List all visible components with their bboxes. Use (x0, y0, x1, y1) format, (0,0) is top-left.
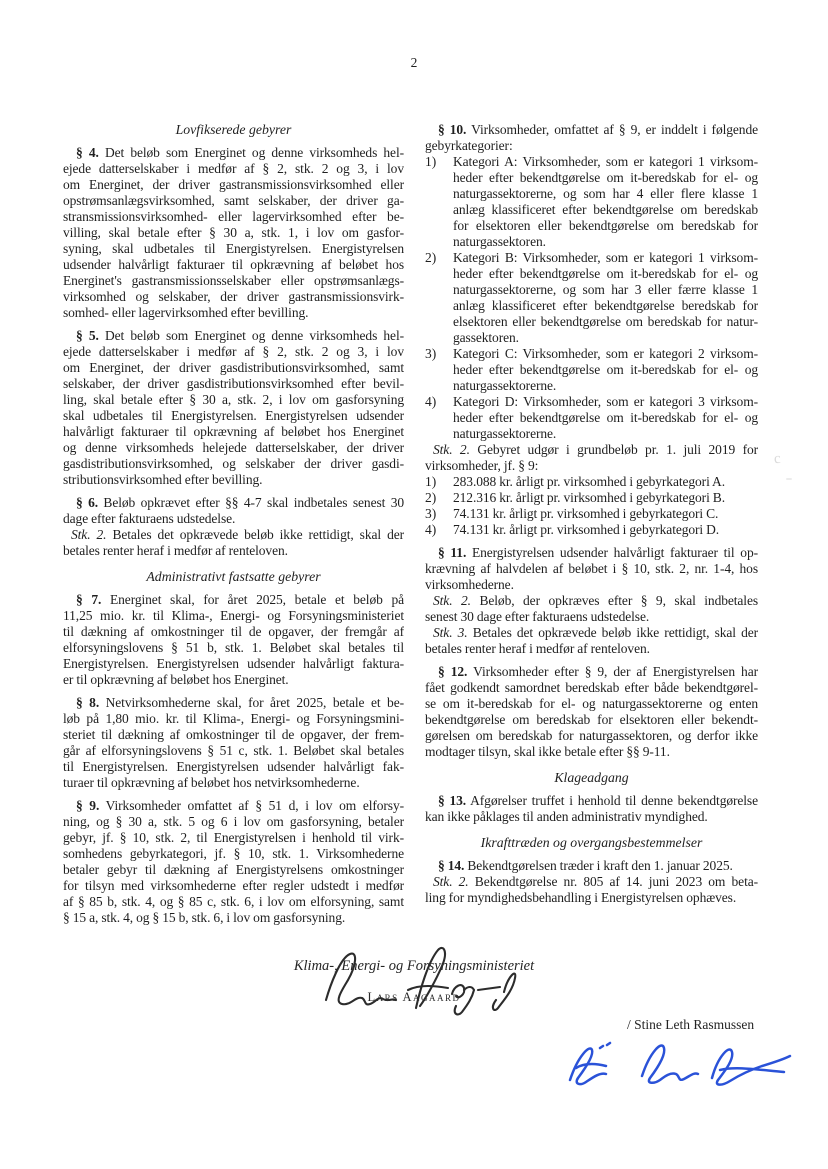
text-line: ejede datterselskaber i medfør af § 2, s… (63, 161, 404, 177)
text-line: heder efter bekendtgørelse om it-beredsk… (453, 410, 758, 426)
text-line: Stk. 2. Gebyret udgør i grundbeløb pr. 1… (425, 442, 758, 458)
item-gebyr-c: 3)74.131 kr. årligt pr. virksomhed i geb… (425, 506, 758, 522)
text-line: § 6. Beløb opkrævet efter §§ 4-7 skal in… (63, 495, 404, 511)
text-line: af § 85 b, stk. 4, og § 85 c, stk. 6, i … (63, 894, 404, 910)
para-6: § 6. Beløb opkrævet efter §§ 4-7 skal in… (63, 495, 404, 527)
text-line: Stk. 3. Betales det opkrævede beløb ikke… (425, 625, 758, 641)
text-line: selskaber, der driver gasdistributionsvi… (63, 376, 404, 392)
text-line: § 4. Det beløb som Energinet og denne vi… (63, 145, 404, 161)
text-line: naturgassektorerne. (453, 426, 758, 442)
left-column: Lovfikserede gebyrer§ 4. Det beløb som E… (63, 122, 404, 926)
text-line: 74.131 kr. årligt pr. virksomhed i gebyr… (453, 522, 758, 538)
text-line: stributionsvirksomhed efter bevilling. (63, 472, 404, 488)
list-item-body: Kategori C: Virksomheder, som er kategor… (453, 346, 758, 394)
text-line: somhed- eller lagervirksomhed efter bevi… (63, 305, 404, 321)
item-gebyr-a: 1)283.088 kr. årligt pr. virksomhed i ge… (425, 474, 758, 490)
paragraph-lead: Stk. 2. (433, 874, 469, 889)
paragraph-lead: § 7. (76, 592, 101, 607)
text-line: heder efter bekendtgørelse om it-beredsk… (453, 266, 758, 282)
text-line: er til opkrævning af beløbet hos Energin… (63, 672, 404, 688)
item-gebyr-d: 4)74.131 kr. årligt pr. virksomhed i geb… (425, 522, 758, 538)
text-line: ejede datterselskaber i medfør af § 2, s… (63, 344, 404, 360)
para-7: § 7. Energinet skal, for året 2025, beta… (63, 592, 404, 688)
text-line: senest 30 dage efter fakturaens udstedel… (425, 609, 758, 625)
para-11-stk-2: Stk. 2. Beløb, der opkræves efter § 9, s… (425, 593, 758, 625)
right-column: § 10. Virksomheder, omfattet af § 9, er … (425, 122, 758, 926)
para-9: § 9. Virksomheder omfattet af § 51 d, i … (63, 798, 404, 926)
para-8: § 8. Netvirksomhederne skal, for året 20… (63, 695, 404, 791)
text-line: Stk. 2. Bekendtgørelse nr. 805 af 14. ju… (425, 874, 758, 890)
para-11: § 11. Energistyrelsen udsender halvårlig… (425, 545, 758, 593)
text-line: betaler gebyr til dækning af Energistyre… (63, 862, 404, 878)
minister-printed-name: Lars Aagaard (0, 990, 828, 1005)
list-marker: 3) (425, 346, 453, 394)
text-line: gassektoren. (453, 330, 758, 346)
paragraph-lead: § 8. (76, 695, 99, 710)
scan-artifact-speck (786, 478, 792, 480)
text-line: ling, skal betale efter § 30 a, stk. 2, … (63, 392, 404, 408)
text-line: skal udbetales til Energistyrelsen. Ener… (63, 408, 404, 424)
text-line: Kategori B: Virksomheder, som er kategor… (453, 250, 758, 266)
text-line: gebyrkategorier: (425, 138, 758, 154)
text-line: 11,25 mio. kr. til Klima-, Energi- og Fo… (63, 608, 404, 624)
list-item-body: 74.131 kr. årligt pr. virksomhed i gebyr… (453, 522, 758, 538)
countersigner-handwritten-signature (560, 1036, 795, 1098)
text-line: naturgassektorerne. (453, 378, 758, 394)
countersigner-name: / Stine Leth Rasmussen (627, 1017, 754, 1033)
text-line: opstrømsanlægsvirksomhed, samt selskaber… (63, 193, 404, 209)
item-gebyr-b: 2)212.316 kr. årligt pr. virksomhed i ge… (425, 490, 758, 506)
text-line: om Energinet, der driver gastransmission… (63, 177, 404, 193)
text-line: § 10. Virksomheder, omfattet af § 9, er … (425, 122, 758, 138)
text-line: § 9. Virksomheder omfattet af § 51 d, i … (63, 798, 404, 814)
scanned-document-page: { "page": { "number": "2" }, "colors": {… (0, 0, 828, 1169)
paragraph-lead: § 14. (438, 858, 464, 873)
heading-ikrafttraeden: Ikrafttræden og overgangsbestemmelser (425, 835, 758, 851)
text-line: naturgassektoren. (453, 234, 758, 250)
text-line: til Energistyrelsen. Energistyrelsen uds… (63, 759, 404, 775)
para-14: § 14. Bekendtgørelsen træder i kraft den… (425, 858, 758, 874)
heading-lovfikserede-gebyrer: Lovfikserede gebyrer (63, 122, 404, 138)
text-line: kan ikke påklages til anden administrati… (425, 809, 758, 825)
list-item-body: Kategori A: Virksomheder, som er kategor… (453, 154, 758, 250)
paragraph-lead: Stk. 3. (433, 625, 468, 640)
text-line: 74.131 kr. årligt pr. virksomhed i gebyr… (453, 506, 758, 522)
text-line: villing, skal betale efter § 30 a, stk. … (63, 225, 404, 241)
text-line: om Energinet, der driver gasdistribution… (63, 360, 404, 376)
text-line: virksomheder, jf. § 9: (425, 458, 758, 474)
text-line: betales renter heraf i medfør af rentelo… (425, 641, 758, 657)
text-line: turaer til opkrævning af beløbet hos net… (63, 775, 404, 791)
text-line: elforsyningslovens § 51 b, stk. 1. Beløb… (63, 640, 404, 656)
text-line: virksomhed og selskaber, der driver gast… (63, 289, 404, 305)
heading-administrativt-fastsatte-gebyrer: Administrativt fastsatte gebyrer (63, 569, 404, 585)
text-line: ling for myndighedsbehandling i Energist… (425, 890, 758, 906)
text-line: 212.316 kr. årligt pr. virksomhed i geby… (453, 490, 758, 506)
text-line: § 5. Det beløb som Energinet og denne vi… (63, 328, 404, 344)
text-line: naturgassektorerne, og som har 4 eller f… (453, 186, 758, 202)
minister-handwritten-signature (320, 946, 520, 1018)
text-line: anlæg klassificeret efter bekendtgørelse… (453, 202, 758, 218)
text-line: § 13. Afgørelser truffet i henhold til d… (425, 793, 758, 809)
paragraph-lead: § 5. (76, 328, 99, 343)
list-item-body: 212.316 kr. årligt pr. virksomhed i geby… (453, 490, 758, 506)
list-marker: 2) (425, 250, 453, 346)
text-line: Kategori C: Virksomheder, som er kategor… (453, 346, 758, 362)
text-line: for tilsyn med virksomhederne efter regl… (63, 878, 404, 894)
text-line: Stk. 2. Betales det opkrævede beløb ikke… (63, 527, 404, 543)
text-line: virksomhederne. (425, 577, 758, 593)
text-line: modtager tilsyn, skal ikke betale efter … (425, 744, 758, 760)
paragraph-lead: § 12. (438, 664, 467, 679)
text-line: udsender halvårligt fakturaer til opkræv… (63, 257, 404, 273)
paragraph-lead: Stk. 2. (433, 593, 471, 608)
para-10-stk-2: Stk. 2. Gebyret udgør i grundbeløb pr. 1… (425, 442, 758, 474)
text-line: 283.088 kr. årligt pr. virksomhed i geby… (453, 474, 758, 490)
text-line: krævning af halvdelen af beløbet i § 10,… (425, 561, 758, 577)
text-line: Kategori D: Virksomheder, som er kategor… (453, 394, 758, 410)
para-5: § 5. Det beløb som Energinet og denne vi… (63, 328, 404, 488)
text-line: § 7. Energinet skal, for året 2025, beta… (63, 592, 404, 608)
text-line: elsektoren eller bekendtgørelse om bered… (453, 314, 758, 330)
para-10: § 10. Virksomheder, omfattet af § 9, er … (425, 122, 758, 154)
text-line: fået godkendt samordnet beredskab efter … (425, 680, 758, 696)
item-kategori-b: 2)Kategori B: Virksomheder, som er kateg… (425, 250, 758, 346)
text-line: Kategori A: Virksomheder, som er kategor… (453, 154, 758, 170)
list-marker: 4) (425, 522, 453, 538)
paragraph-lead: § 11. (438, 545, 466, 560)
text-line: til dækning af omkostninger til de opgav… (63, 624, 404, 640)
item-kategori-d: 4)Kategori D: Virksomheder, som er kateg… (425, 394, 758, 442)
text-line: naturgassektorerne, og som har 3 eller f… (453, 282, 758, 298)
text-line: anlæg klassificeret efter bekendtgørelse… (453, 298, 758, 314)
text-line: § 14. Bekendtgørelsen træder i kraft den… (425, 858, 758, 874)
text-line: gasdistributionsvirksomhed, og selskaber… (63, 456, 404, 472)
text-line: går af elforsyningslovens § 51 c, stk. 1… (63, 743, 404, 759)
paragraph-lead: § 6. (76, 495, 98, 510)
para-11-stk-3: Stk. 3. Betales det opkrævede beløb ikke… (425, 625, 758, 657)
item-kategori-c: 3)Kategori C: Virksomheder, som er kateg… (425, 346, 758, 394)
list-marker: 2) (425, 490, 453, 506)
list-item-body: 283.088 kr. årligt pr. virksomhed i geby… (453, 474, 758, 490)
text-line: for elsektoren eller bekendtgørelse om b… (453, 218, 758, 234)
text-line: gørelsen om beredskab for naturgassektor… (425, 728, 758, 744)
text-line: syning, skal udbetales til Energistyrels… (63, 241, 404, 257)
text-line: § 8. Netvirksomhederne skal, for året 20… (63, 695, 404, 711)
text-line: § 15 a, stk. 4, og § 15 b, stk. 6, i lov… (63, 910, 404, 926)
paragraph-lead: Stk. 2. (433, 442, 470, 457)
paragraph-lead: § 13. (438, 793, 466, 808)
para-6-stk-2: Stk. 2. Betales det opkrævede beløb ikke… (63, 527, 404, 559)
text-line: gebyr, jf. § 10, stk. 2, til Energistyre… (63, 830, 404, 846)
list-item-body: Kategori B: Virksomheder, som er kategor… (453, 250, 758, 346)
heading-klageadgang: Klageadgang (425, 770, 758, 786)
paragraph-lead: § 10. (438, 122, 466, 137)
list-marker: 1) (425, 474, 453, 490)
list-marker: 4) (425, 394, 453, 442)
text-line: heder efter bekendtgørelse om it-beredsk… (453, 362, 758, 378)
text-line: Energistyrelsen. Energistyrelsen udsende… (63, 656, 404, 672)
text-line: § 12. Virksomheder efter § 9, der af Ene… (425, 664, 758, 680)
text-line: heder efter bekendtgørelse om it-beredsk… (453, 170, 758, 186)
para-12: § 12. Virksomheder efter § 9, der af Ene… (425, 664, 758, 760)
text-line: somhedens gebyrkategori, jf. § 10, stk. … (63, 846, 404, 862)
para-4: § 4. Det beløb som Energinet og denne vi… (63, 145, 404, 321)
paragraph-lead: § 4. (76, 145, 99, 160)
text-line: steriet til dækning af omkostninger til … (63, 727, 404, 743)
text-line: se om it-beredskab for el- og naturgasse… (425, 696, 758, 712)
text-line: Stk. 2. Beløb, der opkræves efter § 9, s… (425, 593, 758, 609)
list-item-body: Kategori D: Virksomheder, som er kategor… (453, 394, 758, 442)
text-line: dage efter fakturaens udstedelse. (63, 511, 404, 527)
text-line: ning, og § 30 a, stk. 5 og 6 i lov om ga… (63, 814, 404, 830)
paragraph-lead: Stk. 2. (71, 527, 106, 542)
text-line: bekendtgørelse om beredskab for elsektor… (425, 712, 758, 728)
scan-artifact-mark: c (773, 452, 781, 467)
text-line: og denne virksomheds helejede dattersels… (63, 440, 404, 456)
text-line: Energinet's gastransmissionsselskaber el… (63, 273, 404, 289)
page-number: 2 (0, 55, 828, 71)
text-columns: Lovfikserede gebyrer§ 4. Det beløb som E… (63, 122, 758, 926)
text-line: § 11. Energistyrelsen udsender halvårlig… (425, 545, 758, 561)
item-kategori-a: 1)Kategori A: Virksomheder, som er kateg… (425, 154, 758, 250)
list-item-body: 74.131 kr. årligt pr. virksomhed i gebyr… (453, 506, 758, 522)
para-14-stk-2: Stk. 2. Bekendtgørelse nr. 805 af 14. ju… (425, 874, 758, 906)
list-marker: 3) (425, 506, 453, 522)
text-line: halvårligt fakturaer til opkrævning af b… (63, 424, 404, 440)
paragraph-lead: § 9. (76, 798, 99, 813)
para-13: § 13. Afgørelser truffet i henhold til d… (425, 793, 758, 825)
text-line: stransmissionsvirksomhed- eller lagervir… (63, 209, 404, 225)
list-marker: 1) (425, 154, 453, 250)
text-line: løb på 1,80 mio. kr. til Klima-, Energi-… (63, 711, 404, 727)
text-line: betales renter heraf i medfør af rentelo… (63, 543, 404, 559)
